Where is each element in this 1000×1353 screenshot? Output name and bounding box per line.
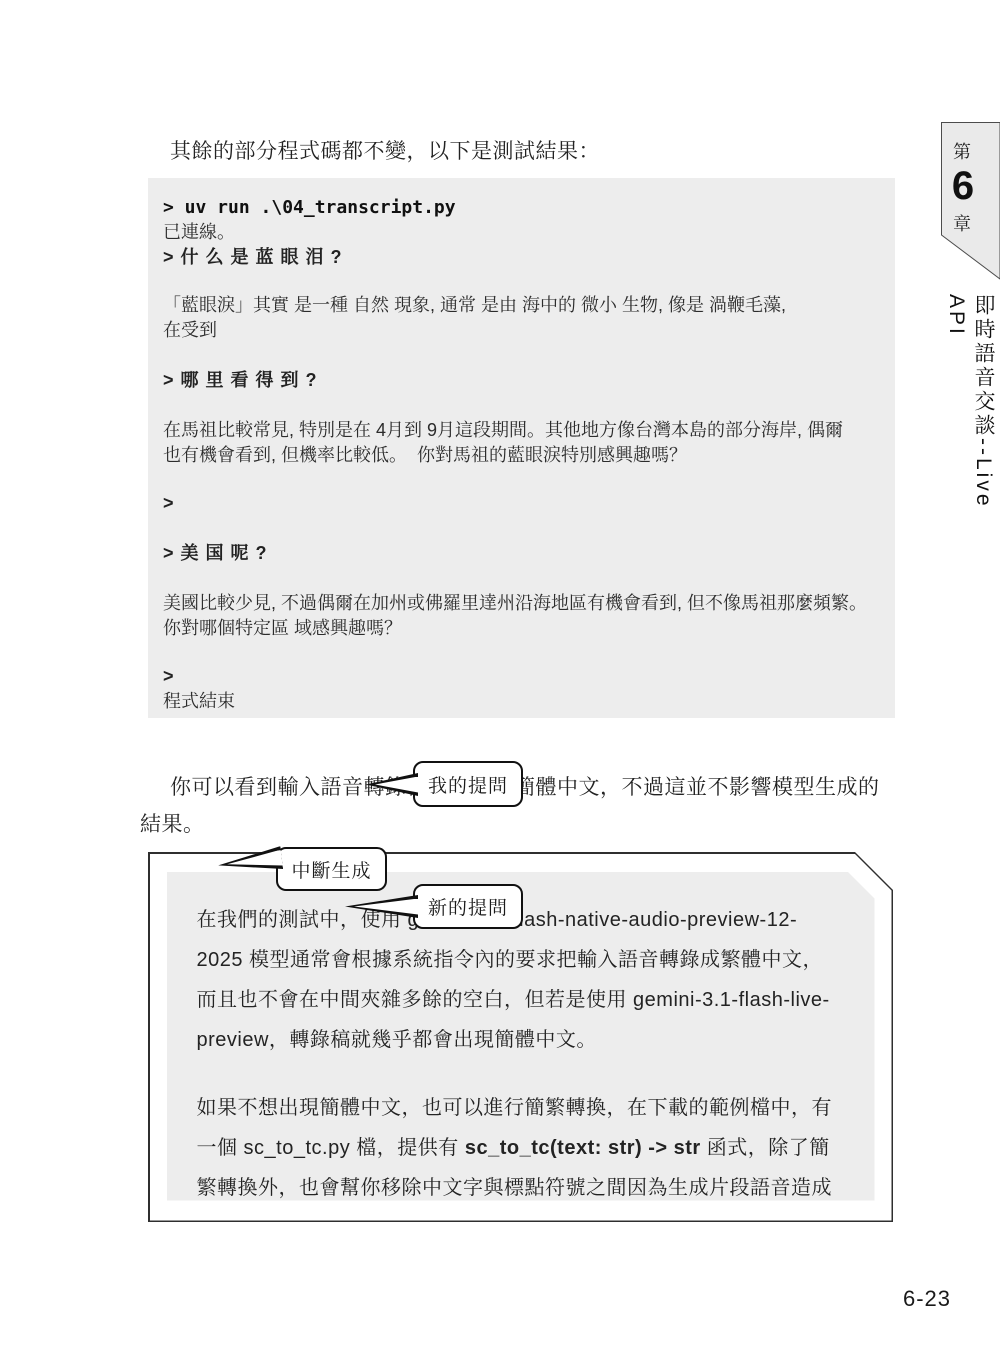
intro-paragraph: 其餘的部分程式碼都不變，以下是測試結果： bbox=[140, 133, 900, 170]
terminal-response-line: 在受到 bbox=[163, 318, 881, 343]
page-number: 6-23 bbox=[903, 1286, 951, 1312]
note-content: 在我們的測試中，使用 gemini-2.5-flash-native-audio… bbox=[167, 872, 875, 1248]
terminal-user-question-3: > 美 国 呢 ? bbox=[163, 541, 881, 566]
terminal-prompt-line: > bbox=[163, 664, 881, 689]
terminal-user-question-1: > 什 么 是 蓝 眼 泪 ? bbox=[163, 245, 881, 270]
chapter-suffix: 章 bbox=[953, 214, 971, 234]
chapter-title-vertical: 即時語音交談--Live API bbox=[944, 294, 998, 534]
terminal-line: 已連線。 bbox=[163, 220, 881, 245]
chapter-tab: 第 6 章 bbox=[941, 122, 1000, 292]
terminal-prompt-line: > bbox=[163, 491, 881, 516]
terminal-response-line: 美國比較少見, 不過偶爾在加州或佛羅里達州沿海地區有機會看到, 但不像馬祖那麼頻… bbox=[163, 591, 881, 616]
note-function-signature: sc_to_tc(text: str) -> str bbox=[465, 1137, 701, 1159]
terminal-end-line: 程式結束 bbox=[163, 689, 881, 714]
chapter-prefix: 第 bbox=[953, 142, 971, 162]
callout-interrupted-bubble: 中斷生成 bbox=[276, 847, 387, 891]
terminal-response-line: 你對哪個特定區 域感興趣嗎？ bbox=[163, 616, 881, 641]
note-paragraph-2: 如果不想出現簡體中文，也可以進行簡繁轉換，在下載的範例檔中，有一個 sc_to_… bbox=[197, 1088, 843, 1248]
terminal-response-line: 「藍眼淚」其實 是一種 自然 現象, 通常 是由 海中的 微小 生物, 像是 渦… bbox=[163, 293, 881, 318]
terminal-command-line: > uv run .\04_transcript.py bbox=[163, 195, 881, 220]
chapter-number: 6 bbox=[952, 164, 974, 208]
terminal-response-line: 在馬祖比較常見, 特別是在 4月到 9月這段期間。其他地方像台灣本島的部分海岸,… bbox=[163, 418, 881, 443]
callout-my-question-bubble: 我的提問 bbox=[413, 761, 523, 807]
terminal-user-question-2: > 哪 里 看 得 到 ? bbox=[163, 368, 881, 393]
terminal-response-line: 也有機會看到, 但機率比較低。 你對馬祖的藍眼淚特別感興趣嗎？ bbox=[163, 443, 881, 468]
callout-new-question-bubble: 新的提問 bbox=[413, 884, 523, 929]
terminal-output-block: > uv run .\04_transcript.py 已連線。 > 什 么 是… bbox=[148, 178, 895, 718]
